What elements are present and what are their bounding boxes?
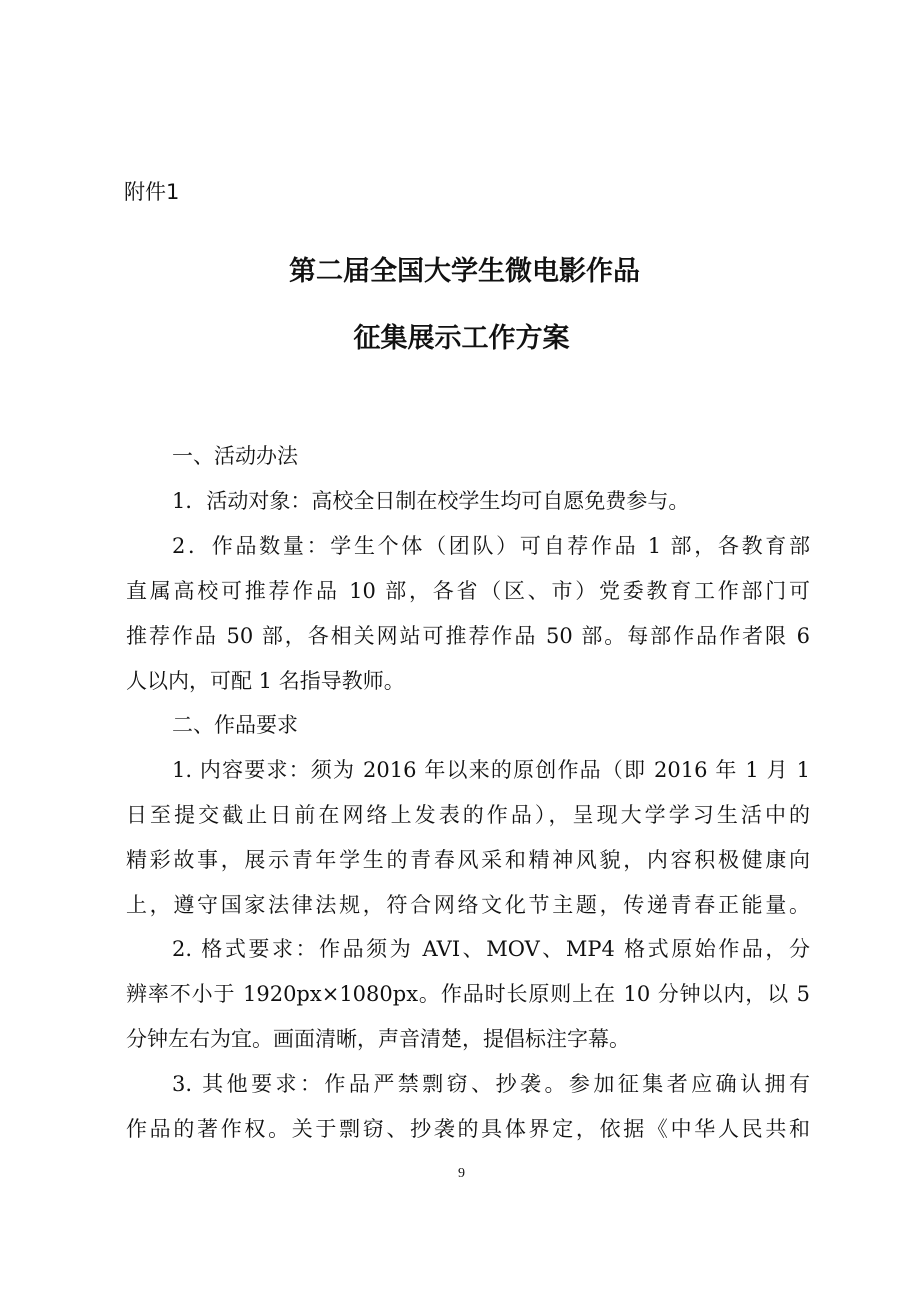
section-heading-activity-method: 一、活动办法 <box>172 442 298 470</box>
paragraph-line: 3. 其他要求：作品严禁剽窃、抄袭。参加征集者应确认拥有 <box>172 1070 810 1098</box>
paragraph-line: 直属高校可推荐作品 10 部，各省（区、市）党委教育工作部门可 <box>126 577 810 605</box>
document-title-line-2: 征集展示工作方案 <box>0 321 923 357</box>
page-number: 9 <box>0 1165 923 1183</box>
paragraph-line: 日至提交截止日前在网络上发表的作品），呈现大学学习生活中的 <box>126 801 810 829</box>
paragraph-line: 1．活动对象：高校全日制在校学生均可自愿免费参与。 <box>172 487 810 515</box>
document-page: 附件1 第二届全国大学生微电影作品 征集展示工作方案 一、活动办法 1．活动对象… <box>0 0 923 1305</box>
paragraph-line: 上，遵守国家法律法规，符合网络文化节主题，传递青春正能量。 <box>126 891 810 919</box>
paragraph-line: 2．作品数量：学生个体（团队）可自荐作品 1 部，各教育部 <box>172 532 810 560</box>
paragraph-line: 辨率不小于 1920px×1080px。作品时长原则上在 10 分钟以内，以 5 <box>126 980 810 1008</box>
document-title-line-1: 第二届全国大学生微电影作品 <box>0 254 923 290</box>
paragraph-line: 人以内，可配 1 名指导教师。 <box>126 667 810 695</box>
section-heading-work-requirements: 二、作品要求 <box>172 711 298 739</box>
paragraph-line: 推荐作品 50 部，各相关网站可推荐作品 50 部。每部作品作者限 6 <box>126 622 810 650</box>
paragraph-line: 2. 格式要求：作品须为 AVI、MOV、MP4 格式原始作品，分 <box>172 935 810 963</box>
paragraph-line: 1. 内容要求：须为 2016 年以来的原创作品（即 2016 年 1 月 1 <box>172 756 810 784</box>
paragraph-line: 精彩故事，展示青年学生的青春风采和精神风貌，内容积极健康向 <box>126 846 810 874</box>
paragraph-line: 分钟左右为宜。画面清晰，声音清楚，提倡标注字幕。 <box>126 1025 810 1053</box>
attachment-label: 附件1 <box>124 178 179 206</box>
paragraph-line: 作品的著作权。关于剽窃、抄袭的具体界定，依据《中华人民共和 <box>126 1115 810 1143</box>
